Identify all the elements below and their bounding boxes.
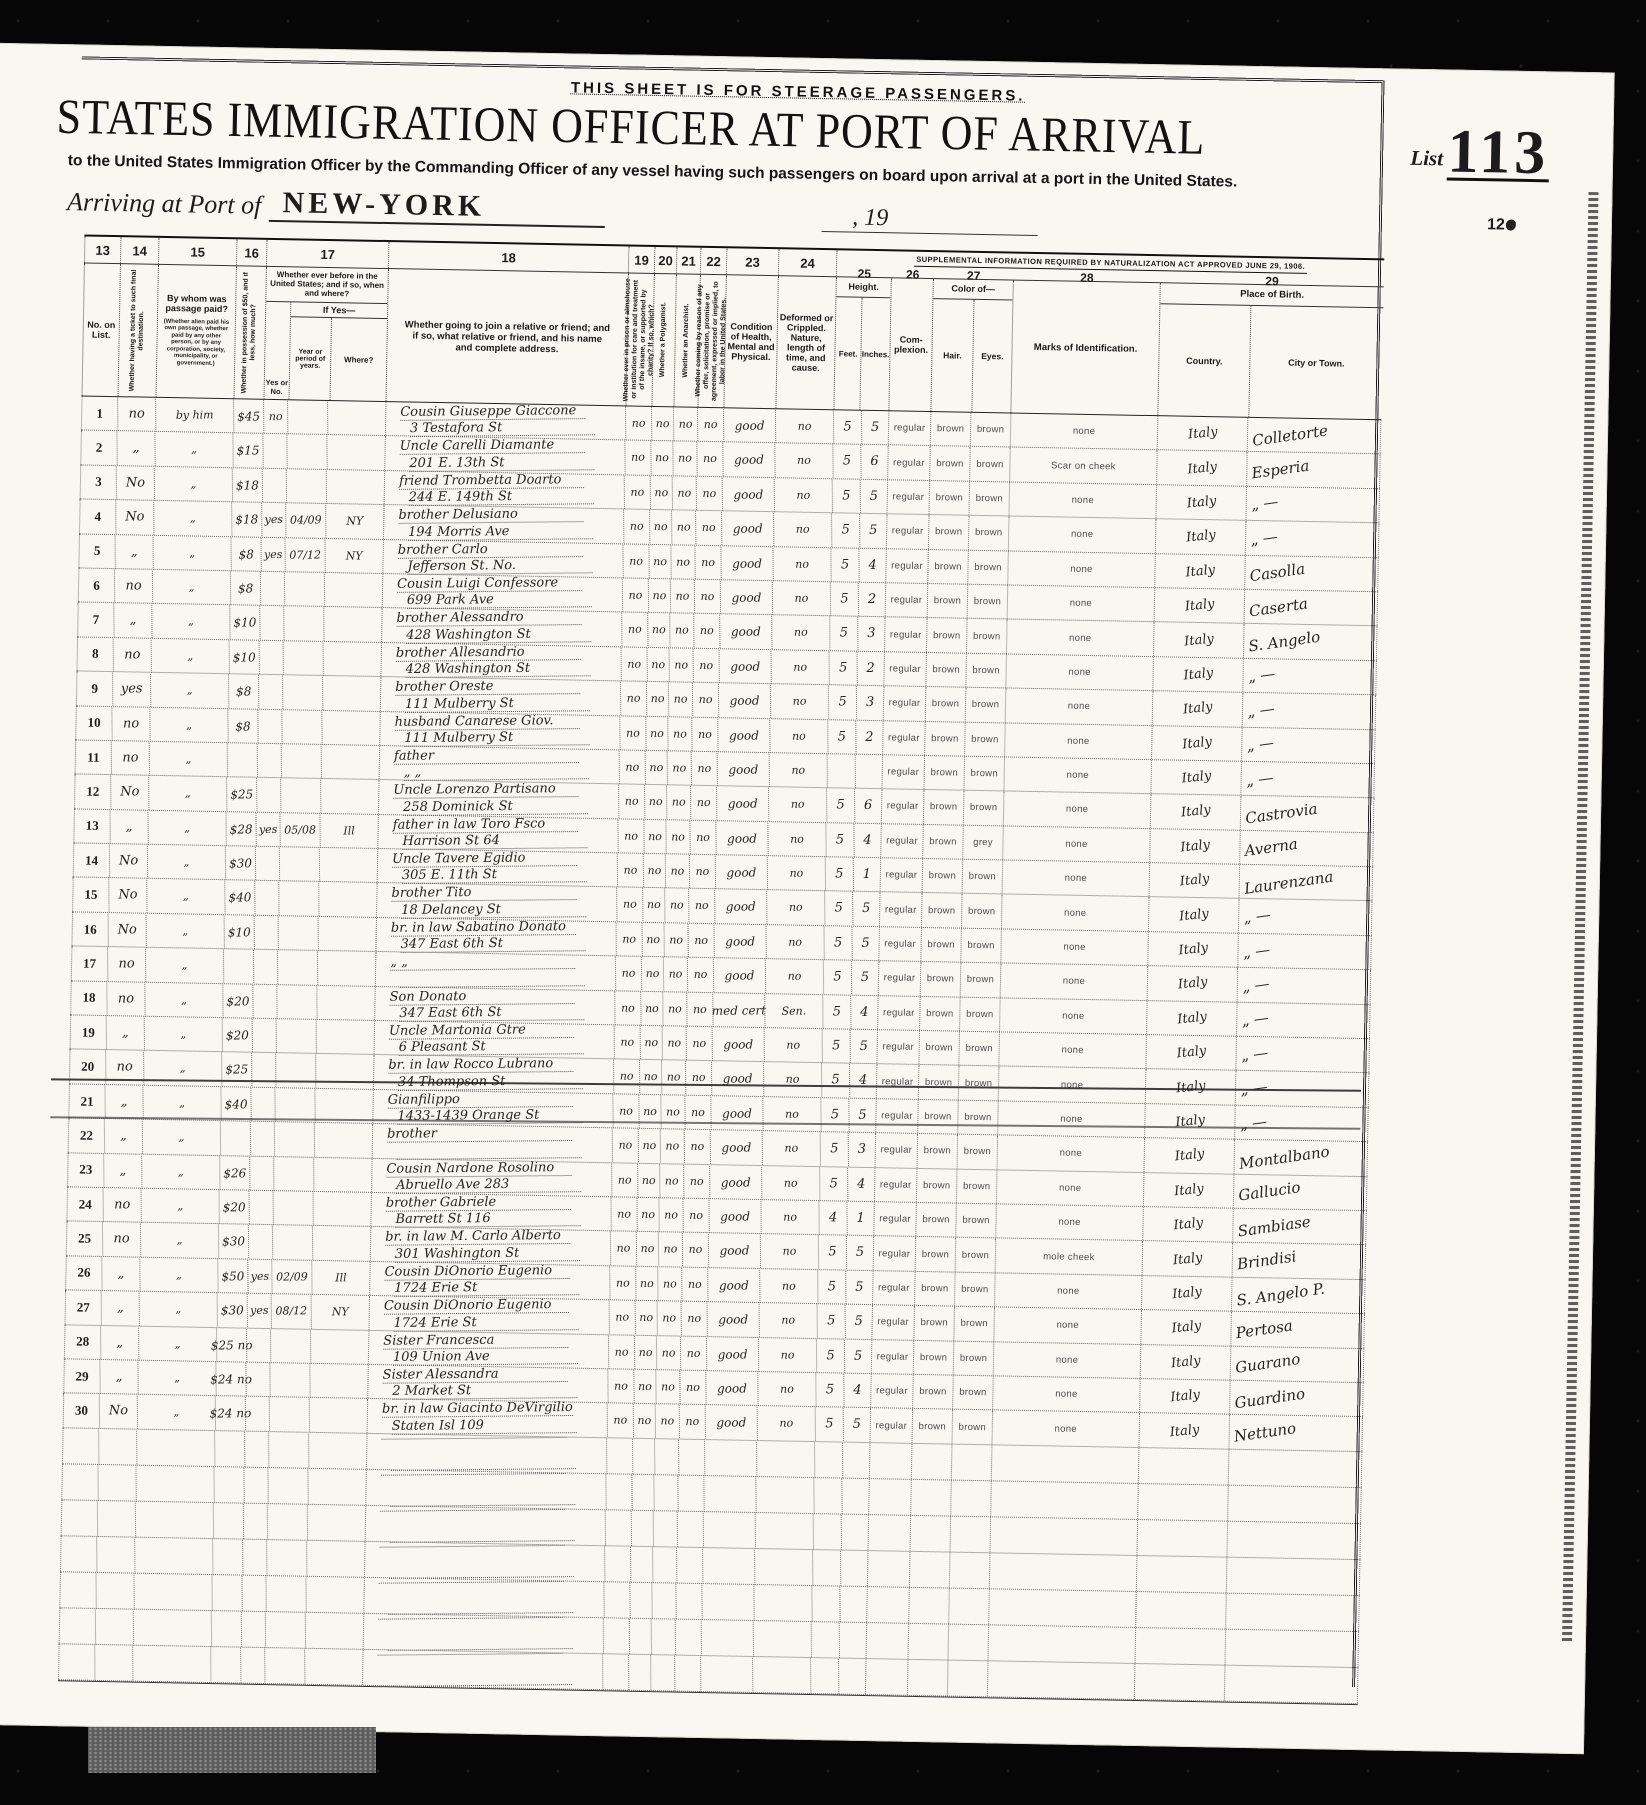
polygamist-answer: no (633, 1370, 655, 1404)
polygamist-answer: no (635, 1301, 657, 1335)
polygamist-answer: no (639, 1060, 661, 1094)
height-inches-value: 5 (846, 1236, 873, 1270)
polygamist-answer: no (651, 407, 673, 441)
ever-before-value (254, 881, 278, 915)
anarchist-answer: no (669, 648, 693, 682)
relative-name: brother Alessandro (396, 610, 581, 627)
relative-address (362, 1650, 603, 1689)
height-inches-value: 2 (855, 720, 882, 754)
marks-value: none (998, 1067, 1146, 1103)
city-cell: „ — (1234, 1106, 1369, 1142)
country-value: Italy (1175, 1078, 1206, 1096)
height-inches-value (839, 1586, 866, 1621)
height-inches-value: 5 (848, 1099, 875, 1133)
city-cell (1225, 1593, 1360, 1630)
prison-answer: no (619, 750, 645, 784)
row-number: 25 (66, 1222, 103, 1256)
page-number-text: 12 (1487, 216, 1505, 233)
labor-answer: no (681, 1267, 707, 1301)
complexion-value (866, 1587, 909, 1623)
anarchist-answer: no (667, 751, 691, 785)
polygamist-answer (631, 1511, 653, 1546)
relative-name (379, 1580, 564, 1584)
height-feet-value: 5 (817, 1270, 845, 1304)
city-cell: „ — (1237, 968, 1372, 1004)
where-value (307, 1505, 365, 1541)
ever-before-value (255, 847, 279, 881)
country-value: Italy (1179, 872, 1210, 890)
row-number: 4 (79, 500, 116, 534)
prison-answer (603, 1618, 629, 1653)
height-feet-value: 5 (825, 823, 853, 857)
row-number: 3 (80, 465, 117, 499)
passage-paid-value: „ (144, 983, 222, 1017)
polygamist-answer: no (643, 854, 665, 888)
relative-street: 201 E. 13th St (409, 455, 594, 472)
relative-street (387, 1683, 572, 1687)
eyes-value (948, 1624, 989, 1660)
row-number: 15 (72, 878, 109, 912)
eyes-value: brown (955, 1238, 996, 1272)
row-number (59, 1608, 96, 1644)
ticket-value: „ (109, 810, 147, 844)
relative-address: brother Alessandro 428 Washington St (381, 608, 622, 646)
eyes-value: brown (965, 688, 1006, 722)
relative-address: br. in law Giacinto DeVirgilio Staten Is… (367, 1399, 608, 1437)
anarchist-answer: no (655, 1405, 679, 1439)
height-feet-value: 5 (826, 789, 854, 823)
header-place-of-birth: Place of Birth. Country. City or Town. (1157, 283, 1383, 419)
relative-name: husband Canarese Giov. (395, 714, 580, 731)
marks-value: mole cheek (995, 1239, 1143, 1275)
labor-answer: no (691, 752, 717, 786)
height-feet-value: 4 (818, 1201, 846, 1235)
money-value: $25 no (216, 1328, 246, 1362)
eyes-value: brown (952, 1376, 993, 1410)
health-value: good (720, 580, 772, 614)
year-value (282, 675, 322, 709)
marks-value: none (993, 1307, 1141, 1343)
labor-answer: no (689, 855, 715, 889)
where-value (318, 917, 376, 951)
city-cell: „ — (1237, 934, 1372, 970)
money-value: $18 (231, 503, 261, 537)
hair-value (910, 1480, 951, 1516)
row-number (58, 1644, 95, 1680)
relative-street: 2 Market St (392, 1383, 577, 1400)
complexion-value: regular (881, 755, 924, 789)
eyes-value: brown (956, 1169, 997, 1203)
row-number: 18 (70, 981, 107, 1015)
city-value: Averna (1243, 835, 1298, 860)
money-value: $26 (219, 1156, 249, 1190)
height-feet-value: 5 (817, 1304, 845, 1338)
hair-value: brown (913, 1306, 954, 1340)
row-number: 26 (65, 1256, 102, 1290)
deformed-value: no (770, 685, 828, 719)
passage-paid-value: „ (151, 604, 229, 638)
ever-before-value: yes (255, 813, 279, 847)
eyes-value: brown (962, 860, 1003, 894)
prison-answer: no (607, 1404, 633, 1438)
country-value: Italy (1182, 700, 1213, 718)
money-value: $50 (217, 1259, 247, 1293)
prison-answer: no (609, 1301, 635, 1335)
labor-answer (676, 1547, 702, 1582)
relative-name (378, 1616, 563, 1620)
city-value: Montalbano (1238, 1142, 1331, 1172)
eyes-value: brown (959, 997, 1000, 1031)
row-number: 14 (73, 843, 110, 877)
ticket-value: „ (101, 1291, 139, 1325)
money-value: $28 (225, 812, 255, 846)
anarchist-answer (652, 1547, 676, 1582)
year-value (286, 435, 326, 469)
city-cell: Guarano (1230, 1346, 1365, 1382)
complexion-value (868, 1515, 911, 1551)
prison-answer: no (621, 613, 647, 647)
country-cell (1137, 1484, 1228, 1521)
relative-name: brother Gabriele (386, 1195, 571, 1212)
relative-address: Cousin Nardone Rosolino Abruello Ave 283 (371, 1159, 612, 1197)
anarchist-answer: no (658, 1233, 682, 1267)
row-number: 19 (70, 1015, 107, 1049)
height-inches-value: 1 (846, 1202, 873, 1236)
health-value: good (705, 1406, 757, 1440)
ticket-value: no (106, 982, 144, 1016)
eyes-value: brown (953, 1341, 994, 1375)
city-cell: Colletorte (1247, 418, 1382, 454)
height-feet-value: 5 (831, 514, 859, 548)
height-inches-value: 3 (856, 686, 883, 720)
header-complexion-text: Com- plexion. (891, 334, 930, 355)
passage-paid-value: „ (144, 1017, 222, 1051)
height-feet-value: 5 (833, 410, 861, 444)
height-feet-value: 5 (825, 857, 853, 891)
height-feet-value: 5 (815, 1373, 843, 1407)
ticket-value: No (99, 1394, 137, 1428)
country-cell: Italy (1142, 1241, 1233, 1276)
country-value: Italy (1173, 1216, 1204, 1234)
marks-value (988, 1625, 1136, 1663)
hair-value (911, 1444, 952, 1480)
hair-value: brown (927, 584, 968, 618)
relative-name: Gianfilippo (388, 1092, 573, 1109)
prison-answer (602, 1654, 628, 1689)
labor-answer: no (688, 924, 714, 958)
city-cell: Caserta (1244, 590, 1379, 626)
relative-street: Jefferson St. No. (407, 558, 592, 575)
money-value (213, 1467, 243, 1502)
relative-street: 109 Union Ave (393, 1349, 578, 1366)
passage-paid-value: „ (149, 742, 227, 776)
deformed-value: no (774, 478, 832, 512)
ever-before-value (249, 1191, 273, 1225)
eyes-value: brown (961, 894, 1002, 928)
year-value (276, 985, 316, 1019)
ticket-value: „ (101, 1257, 139, 1291)
passage-paid-value (135, 1466, 213, 1502)
health-value: good (722, 443, 774, 477)
deformed-value (755, 1513, 813, 1549)
anarchist-answer: no (657, 1301, 681, 1335)
health-value (701, 1584, 753, 1619)
year-value (272, 1226, 312, 1260)
hair-value: brown (929, 446, 970, 480)
height-inches-value: 5 (845, 1271, 872, 1305)
relative-address: brother Carlo Jefferson St. No. (382, 540, 623, 578)
complexion-value: regular (871, 1340, 914, 1374)
eyes-value: brown (963, 757, 1004, 791)
ticket-value: „ (106, 1016, 144, 1050)
height-inches-value: 4 (850, 995, 877, 1029)
year-value (281, 710, 321, 744)
header-ticket-text: Whether having a ticket to such final de… (129, 267, 147, 393)
ever-before-value (252, 1019, 276, 1053)
eyes-value: brown (957, 1100, 998, 1134)
height-feet-value: 5 (820, 1098, 848, 1132)
anarchist-answer: no (672, 476, 696, 510)
where-value (323, 608, 381, 642)
header-where: Where? (331, 318, 387, 401)
height-inches-value: 5 (850, 1030, 877, 1064)
polygamist-answer: no (638, 1129, 660, 1163)
marks-value: none (998, 1032, 1146, 1068)
polygamist-answer: no (634, 1335, 656, 1369)
health-value (703, 1512, 755, 1547)
height-inches-value: 6 (854, 789, 881, 823)
country-value: Italy (1174, 1147, 1205, 1165)
ticket-value (97, 1501, 135, 1536)
marks-value: none (1008, 482, 1156, 518)
year-value (264, 1648, 304, 1683)
country-cell: Italy (1147, 932, 1238, 967)
year-value (274, 1088, 314, 1122)
relative-street: 301 Washington St (395, 1246, 580, 1263)
marks-value (989, 1553, 1137, 1591)
colnum-13: 13 (84, 236, 120, 263)
city-cell: Averna (1239, 830, 1374, 866)
passage-paid-value: „ (142, 1086, 220, 1120)
height-inches-value (840, 1550, 867, 1585)
city-value: Castrovia (1244, 800, 1318, 828)
hair-value: brown (919, 997, 960, 1031)
relative-street: 428 Washington St (406, 627, 591, 644)
labor-answer: no (679, 1405, 705, 1439)
anarchist-answer: no (659, 1164, 683, 1198)
complexion-value: regular (873, 1236, 916, 1270)
country-cell (1138, 1448, 1229, 1485)
colnum-20: 20 (654, 247, 676, 273)
marks-value: none (1003, 757, 1151, 793)
money-value: $40 (224, 881, 254, 915)
relative-street: Staten Isl 109 (392, 1418, 577, 1435)
ever-before-value (245, 1397, 269, 1431)
relative-address: brother Tito 18 Delancey St (376, 883, 617, 921)
city-cell: „ — (1241, 727, 1376, 763)
money-value (212, 1539, 242, 1574)
height-inches-value: 5 (852, 892, 879, 926)
passage-paid-value: „ (154, 467, 232, 501)
eyes-value: brown (967, 550, 1008, 584)
money-value: $24 no (215, 1397, 245, 1431)
country-value: Italy (1185, 528, 1216, 546)
anarchist-answer: no (670, 545, 694, 579)
relative-name: Sister Francesca (383, 1333, 568, 1350)
header-height: Height. Feet. Inches. (833, 277, 890, 410)
height-feet-value: 5 (819, 1167, 847, 1201)
hair-value: brown (918, 1065, 959, 1099)
money-value: $30 (218, 1225, 248, 1259)
money-value (227, 743, 257, 777)
where-value (321, 745, 379, 779)
where-value (319, 848, 377, 882)
relative-street: 3 Testafora St (410, 421, 595, 438)
anarchist-answer: no (665, 854, 689, 888)
eyes-value: brown (963, 791, 1004, 825)
city-value: „ — (1246, 699, 1276, 721)
eyes-value: brown (964, 722, 1005, 756)
city-value: „ — (1240, 1043, 1270, 1065)
country-cell (1136, 1520, 1227, 1557)
complexion-value (868, 1479, 911, 1515)
header-feet: Feet. (834, 297, 862, 409)
relative-address (364, 1542, 605, 1581)
city-cell (1226, 1521, 1361, 1558)
relative-address: Cousin DiOnorio Eugenio 1724 Erie St (368, 1296, 609, 1334)
complexion-value (867, 1551, 910, 1587)
city-cell (1226, 1557, 1361, 1594)
colnum-16: 16 (236, 239, 266, 266)
relative-street: 1724 Erie St (394, 1315, 579, 1332)
complexion-value: regular (870, 1374, 913, 1408)
marks-value (990, 1517, 1138, 1555)
year-value (286, 469, 326, 503)
header-country: Country. (1158, 304, 1251, 417)
health-value: good (713, 924, 765, 958)
relative-address: Cousin Luigi Confessore 699 Park Ave (382, 574, 623, 612)
height-feet-value: 5 (823, 926, 851, 960)
health-value: good (714, 890, 766, 924)
relative-name: Uncle Tavere Egidio (392, 851, 577, 868)
country-value: Italy (1181, 734, 1212, 752)
relative-name: brother (387, 1126, 572, 1143)
labor-answer: no (688, 889, 714, 923)
ever-before-value: yes (261, 503, 285, 537)
health-value: good (713, 959, 765, 993)
height-inches-value (838, 1658, 865, 1693)
ticket-value: „ (113, 604, 151, 638)
money-value (223, 950, 253, 984)
country-cell: Italy (1150, 794, 1241, 829)
labor-answer: no (682, 1199, 708, 1233)
marks-value: none (1006, 620, 1154, 656)
deformed-value: no (760, 1235, 818, 1269)
country-value: Italy (1180, 803, 1211, 821)
passage-paid-value (132, 1646, 210, 1682)
deformed-value: no (772, 547, 830, 581)
row-number: 16 (71, 912, 108, 946)
height-inches-value: 5 (851, 927, 878, 961)
city-value: Caserta (1248, 594, 1309, 620)
deformed-value: no (764, 1028, 822, 1062)
port-stamp: NEW-YORK (268, 186, 605, 228)
ticket-value (95, 1573, 133, 1608)
country-cell (1135, 1592, 1226, 1629)
header-labor-text: Whether coming by reason of any offer, s… (695, 278, 729, 405)
row-number (62, 1428, 99, 1464)
city-value: S. Angelo P. (1235, 1280, 1325, 1310)
city-cell: „ — (1245, 521, 1380, 557)
money-value: $25 (226, 778, 256, 812)
marks-value: none (1003, 792, 1151, 828)
complexion-value: regular (881, 789, 924, 823)
deformed-value: no (760, 1200, 818, 1234)
hair-value: brown (915, 1203, 956, 1237)
passage-paid-value: „ (147, 811, 225, 845)
relative-name (381, 1472, 566, 1476)
prison-answer (605, 1510, 631, 1545)
relative-address: father in law Toro Fsco Harrison St 64 (377, 815, 618, 853)
anarchist-answer (651, 1619, 675, 1654)
anarchist-answer: no (672, 442, 696, 476)
relative-address: Uncle Lorenzo Partisano 258 Dominick St (378, 780, 619, 818)
list-number-stamp: List 113 (1410, 121, 1550, 176)
hair-value: brown (916, 1168, 957, 1202)
ever-before-value: yes (261, 537, 285, 571)
relative-address: Cousin DiOnorio Eugenio 1724 Erie St (369, 1262, 610, 1300)
passage-paid-value (133, 1574, 211, 1610)
row-number: 29 (63, 1359, 100, 1393)
city-cell: S. Angelo P. (1231, 1277, 1366, 1313)
height-inches-value: 5 (845, 1305, 872, 1339)
eyes-value (947, 1660, 988, 1696)
relative-name: brother Carlo (398, 542, 583, 559)
where-value (313, 1192, 371, 1226)
relative-name: Cousin DiOnorio Eugenio (384, 1264, 569, 1281)
country-value: Italy (1179, 837, 1210, 855)
ticket-value: No (108, 913, 146, 947)
health-value (704, 1440, 756, 1475)
eyes-value: brown (968, 516, 1009, 550)
relative-name: Cousin Giuseppe Giaccone (400, 404, 585, 421)
labor-answer: no (697, 408, 723, 442)
city-value: Guarano (1234, 1350, 1301, 1377)
year-value: 05/08 (279, 813, 319, 847)
row-number: 23 (67, 1153, 104, 1187)
ticket-value: no (111, 707, 149, 741)
passage-paid-value: „ (142, 1120, 220, 1154)
height-feet-value: 5 (824, 892, 852, 926)
relative-address: brother Gabriele Barrett St 116 (370, 1193, 611, 1231)
ticket-value: „ (103, 1154, 141, 1188)
prison-answer: no (616, 888, 642, 922)
complexion-value: regular (879, 893, 922, 927)
anarchist-answer: no (662, 992, 686, 1026)
country-value: Italy (1185, 562, 1216, 580)
relative-name: father (394, 748, 579, 765)
height-inches-value: 4 (853, 823, 880, 857)
deformed-value: no (757, 1407, 815, 1441)
height-feet-value: 5 (829, 651, 857, 685)
relative-name: friend Trombetta Doarto (399, 473, 584, 490)
ticket-value: no (102, 1223, 140, 1257)
complexion-value: regular (887, 480, 930, 514)
health-value (703, 1476, 755, 1511)
ticket-value: No (108, 879, 146, 913)
height-feet-value: 5 (818, 1236, 846, 1270)
passage-paid-value: „ (153, 501, 231, 535)
